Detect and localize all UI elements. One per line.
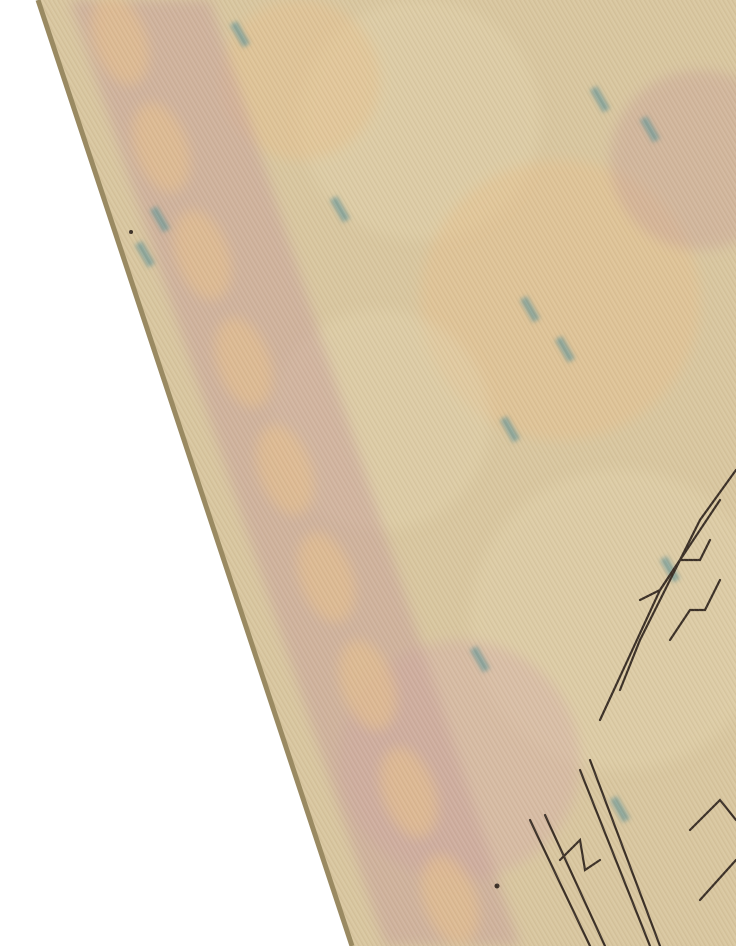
rug-photo bbox=[0, 0, 736, 946]
rug-body bbox=[0, 0, 736, 946]
rug-image bbox=[0, 0, 736, 946]
